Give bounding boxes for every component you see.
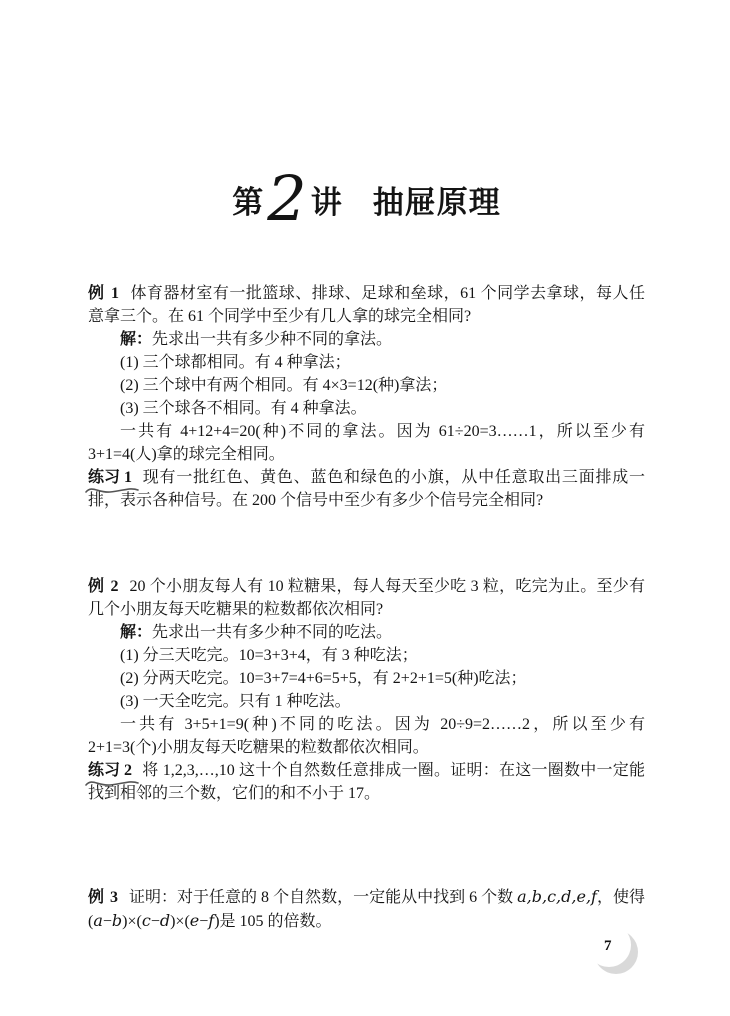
- solution-label: 解：: [120, 624, 152, 641]
- example-3-label: 例 3: [88, 889, 119, 906]
- example-1-step-3: (3) 三个球各不相同。有 4 种拿法。: [88, 397, 645, 420]
- example-3-problem: 例 3证明：对于任意的 8 个自然数，一定能从中找到 6 个数 a,b,c,d,…: [88, 885, 645, 933]
- exercise-2-paragraph: 练习 2将 1,2,3,…,10 这十个自然数任意排成一圈。证明：在这一圈数中一…: [88, 759, 645, 805]
- swoosh-underline-icon: [84, 483, 140, 495]
- example-1-step-2: (2) 三个球中有两个相同。有 4×3=12(种)拿法；: [88, 374, 645, 397]
- page-number: 7: [604, 935, 612, 957]
- title-suffix: 讲: [311, 187, 343, 218]
- title-prefix: 第: [232, 187, 264, 218]
- example-1-solution: 解：先求出一共有多少种不同的拿法。: [88, 328, 645, 351]
- solution-intro: 先求出一共有多少种不同的吃法。: [152, 624, 392, 641]
- example-2-step-1: (1) 分三天吃完。10=3+3+4，有 3 种吃法；: [88, 644, 645, 667]
- exercise-1-paragraph: 练习 1现有一批红色、黄色、蓝色和绿色的小旗，从中任意取出三面排成一排，表示各种…: [88, 466, 645, 512]
- example-3-section: 例 3证明：对于任意的 8 个自然数，一定能从中找到 6 个数 a,b,c,d,…: [88, 885, 645, 933]
- swoosh-underline-icon: [84, 776, 140, 788]
- book-page: 第 2 讲 抽屉原理 例 1体育器材室有一批篮球、排球、足球和垒球，61 个同学…: [0, 0, 730, 1016]
- exercise-1-text: 现有一批红色、黄色、蓝色和绿色的小旗，从中任意取出三面排成一排，表示各种信号。在…: [88, 469, 645, 509]
- example-2-solution: 解：先求出一共有多少种不同的吃法。: [88, 621, 645, 644]
- example-2-problem: 例 220 个小朋友每人有 10 粒糖果，每人每天至少吃 3 粒，吃完为止。至少…: [88, 575, 645, 621]
- exercise-2-text: 将 1,2,3,…,10 这十个自然数任意排成一圈。证明：在这一圈数中一定能找到…: [88, 762, 645, 802]
- example-2-step-2: (2) 分两天吃完。10=3+7=4+6=5+5，有 2+2+1=5(种)吃法；: [88, 667, 645, 690]
- exercise-2-section: 练习 2将 1,2,3,…,10 这十个自然数任意排成一圈。证明：在这一圈数中一…: [88, 759, 645, 805]
- title-name: 抽屉原理: [373, 187, 501, 218]
- exercise-2-label: 练习 2: [88, 759, 132, 782]
- example-2-step-3: (3) 一天全吃完。只有 1 种吃法。: [88, 690, 645, 713]
- crescent-moon-icon: 7: [594, 930, 638, 974]
- exercise-1-label: 练习 1: [88, 466, 132, 489]
- solution-intro: 先求出一共有多少种不同的拿法。: [152, 331, 392, 348]
- example-1-problem: 例 1体育器材室有一批篮球、排球、足球和垒球，61 个同学去拿球，每人任意拿三个…: [88, 282, 645, 328]
- example-2-conclusion: 一共有 3+5+1=9(种)不同的吃法。因为 20÷9=2……2，所以至少有 2…: [88, 713, 645, 759]
- example-1-step-1: (1) 三个球都相同。有 4 种拿法；: [88, 351, 645, 374]
- solution-label: 解：: [120, 331, 152, 348]
- example-3-problem-text: 证明：对于任意的 8 个自然数，一定能从中找到 6 个数 a,b,c,d,e,f…: [88, 889, 645, 930]
- lecture-number: 2: [267, 173, 307, 225]
- example-1-label: 例 1: [88, 285, 120, 302]
- example-2-label: 例 2: [88, 578, 119, 595]
- example-2-section: 例 220 个小朋友每人有 10 粒糖果，每人每天至少吃 3 粒，吃完为止。至少…: [88, 575, 645, 759]
- example-2-problem-text: 20 个小朋友每人有 10 粒糖果，每人每天至少吃 3 粒，吃完为止。至少有几个…: [88, 578, 645, 618]
- page-content: 第 2 讲 抽屉原理 例 1体育器材室有一批篮球、排球、足球和垒球，61 个同学…: [88, 0, 645, 933]
- exercise-1-section: 练习 1现有一批红色、黄色、蓝色和绿色的小旗，从中任意取出三面排成一排，表示各种…: [88, 466, 645, 512]
- page-title: 第 2 讲 抽屉原理: [88, 148, 645, 218]
- example-1-section: 例 1体育器材室有一批篮球、排球、足球和垒球，61 个同学去拿球，每人任意拿三个…: [88, 282, 645, 466]
- example-1-problem-text: 体育器材室有一批篮球、排球、足球和垒球，61 个同学去拿球，每人任意拿三个。在 …: [88, 285, 645, 325]
- example-1-conclusion: 一共有 4+12+4=20(种)不同的拿法。因为 61÷20=3……1，所以至少…: [88, 420, 645, 466]
